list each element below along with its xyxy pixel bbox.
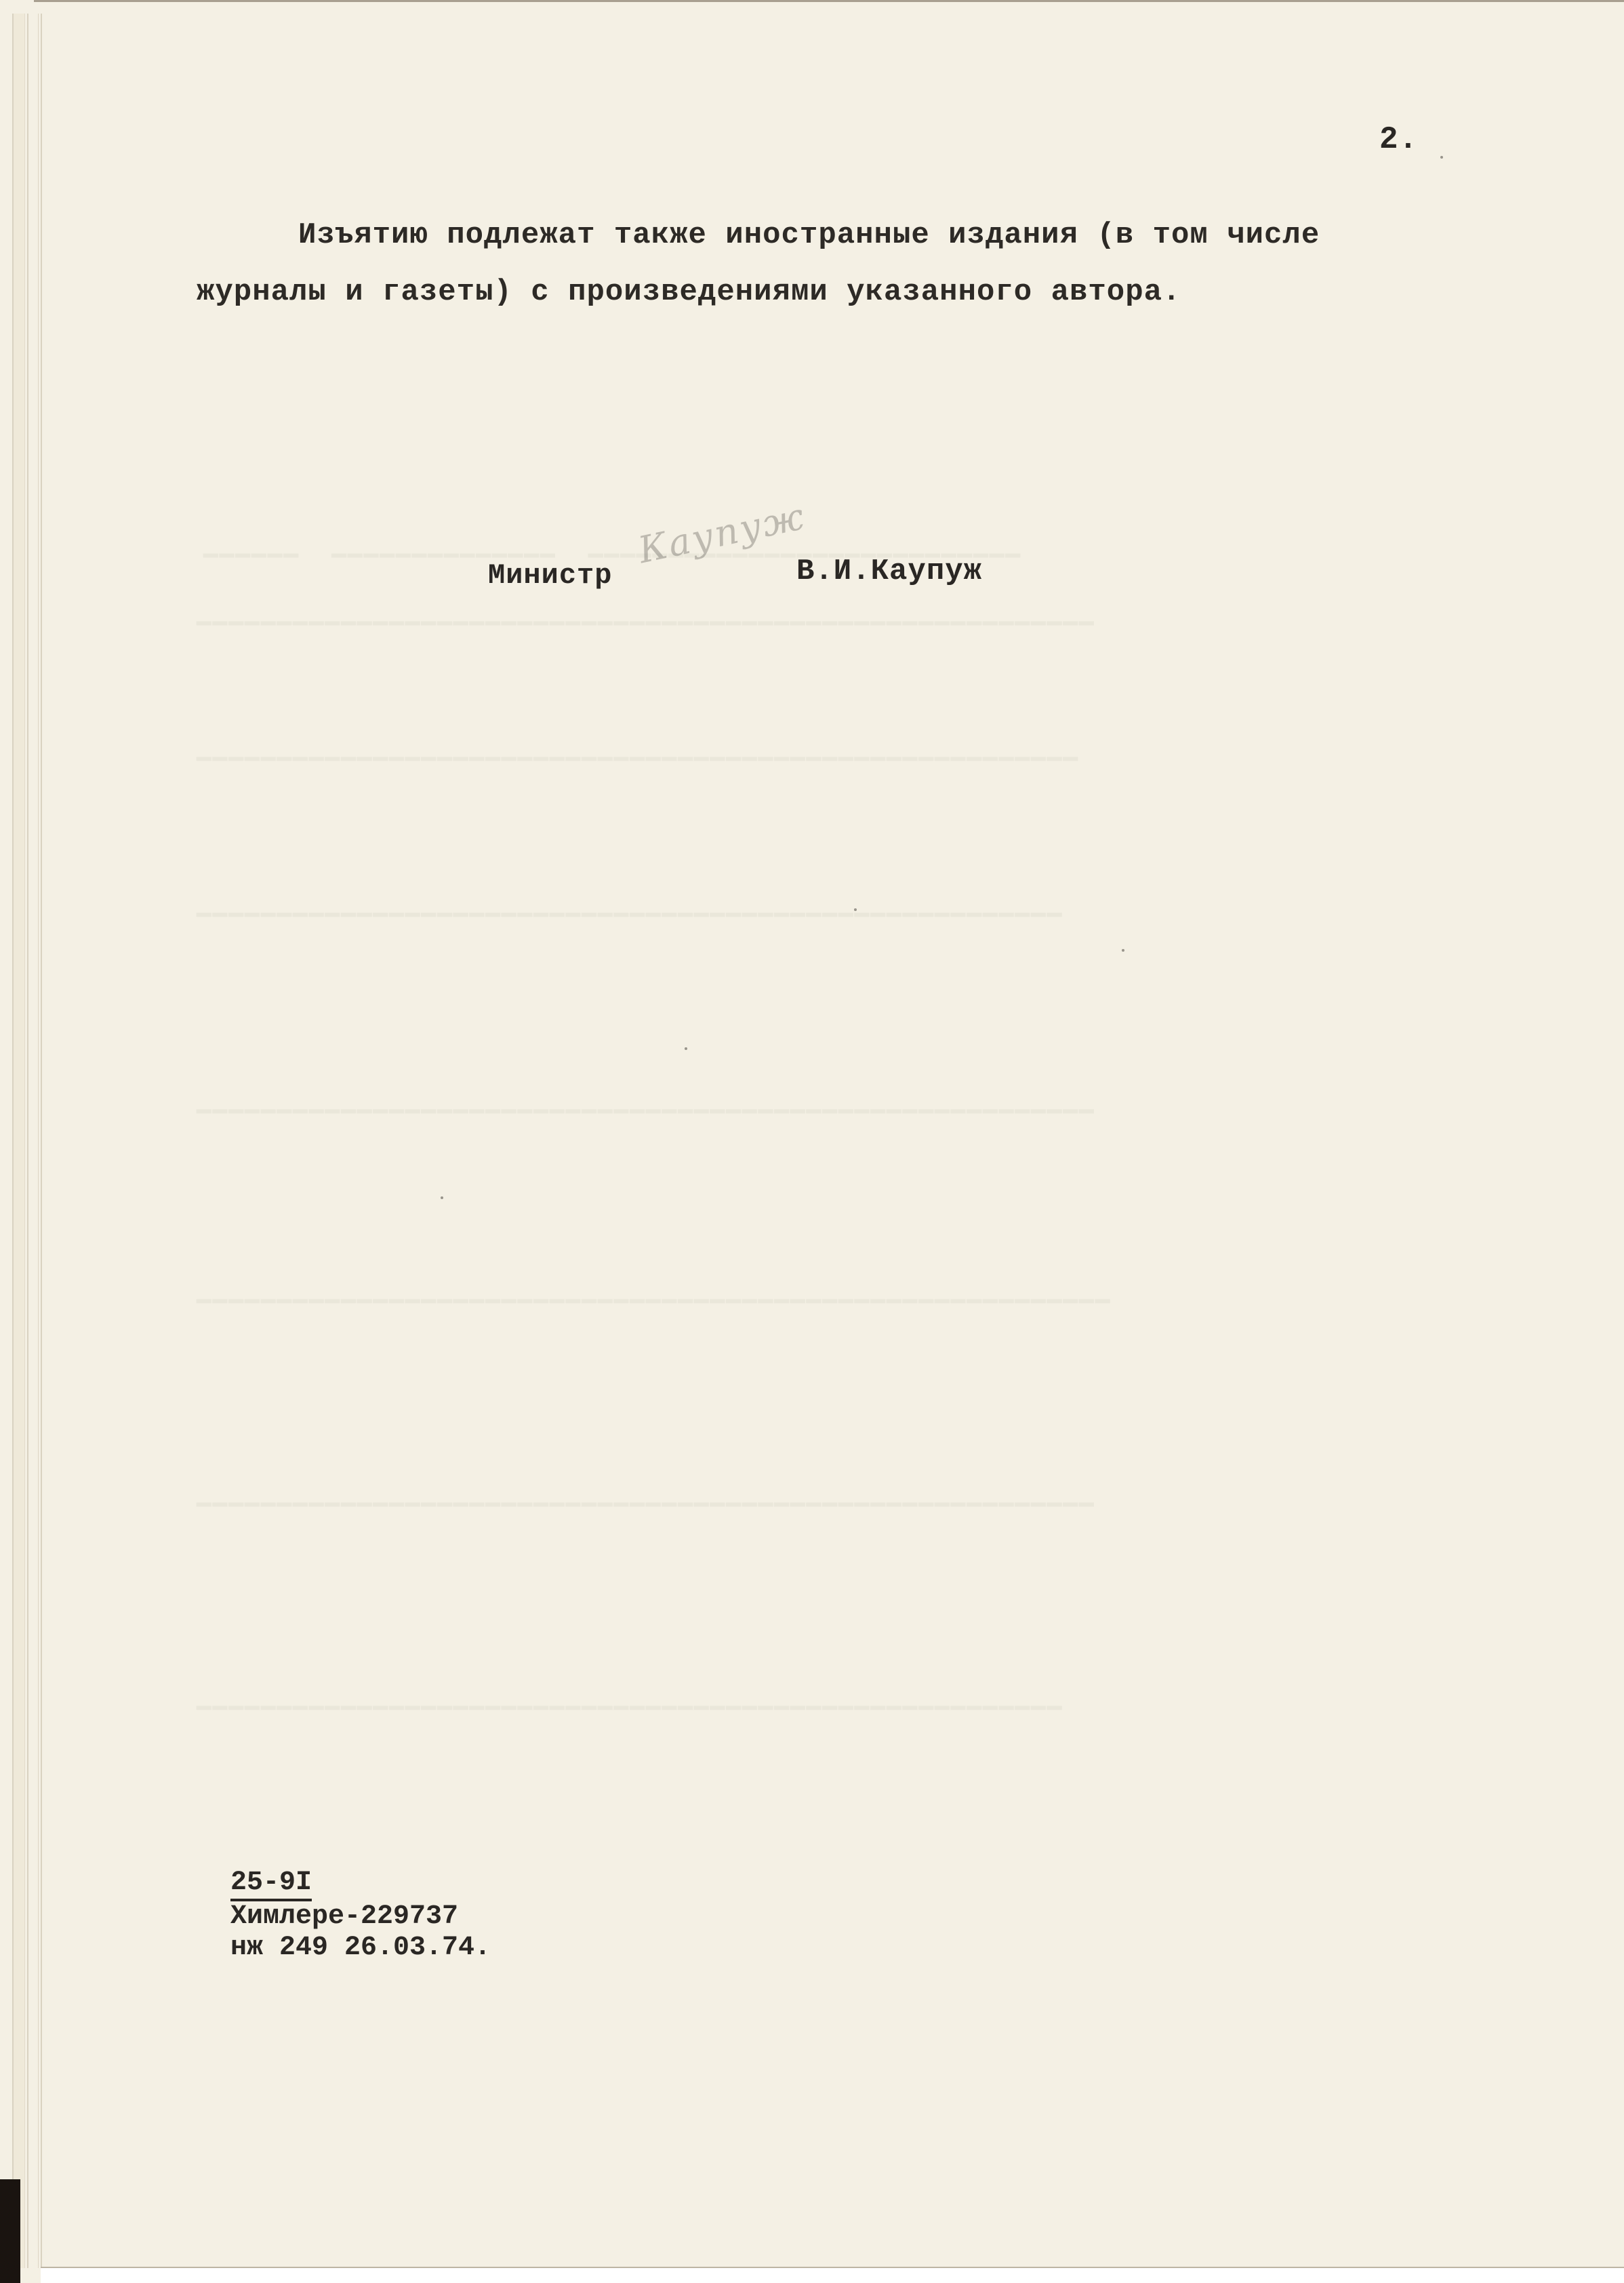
signatory-title: Министр bbox=[488, 559, 612, 592]
bleed-through-text: ━━━━━━━━━━━━━━━━━━━━━━━━━━━━━━━━━━━━━━━━… bbox=[197, 746, 1079, 775]
bleed-through-text: ━━━━━━━━━━━━━━━━━━━━━━━━━━━━━━━━━━━━━━━━… bbox=[197, 1098, 1095, 1127]
bleed-through-text: ━━━━━━━━━━━━━━━━━━━━━━━━━━━━━━━━━━━━━━━━… bbox=[197, 1288, 1111, 1317]
footer-typist-line: Химлере-229737 bbox=[230, 1901, 491, 1933]
scan-background bbox=[0, 2179, 20, 2283]
bleed-through-text: ━━━━━━━━━━━━━━━━━━━━━━━━━━━━━━━━━━━━━━━━… bbox=[197, 1491, 1095, 1520]
bleed-through-text: ━━━━━━━━━━━━━━━━━━━━━━━━━━━━━━━━━━━━━━━━… bbox=[197, 610, 1095, 639]
page-number: 2. bbox=[1379, 122, 1418, 157]
page-bottom-edge bbox=[41, 2267, 1624, 2283]
paper-speck bbox=[1440, 156, 1443, 159]
paper-speck bbox=[1122, 949, 1124, 952]
paper-speck bbox=[441, 1196, 443, 1199]
document-page: ━━━━━━ ━━━━━━━━━━━━━━ ━━━━━━━━━━━━━━━━━━… bbox=[0, 0, 1624, 2283]
page-stack-edge bbox=[12, 14, 25, 2268]
page-top-edge bbox=[34, 0, 1624, 2]
footer-date-line: нж 249 26.03.74. bbox=[230, 1933, 491, 1964]
paper-speck bbox=[854, 908, 857, 911]
bleed-through-text: ━━━━━━━━━━━━━━━━━━━━━━━━━━━━━━━━━━━━━━━━… bbox=[197, 1695, 1063, 1724]
reference-number: 25-9I bbox=[230, 1867, 312, 1901]
page-stack-edge bbox=[41, 14, 43, 2268]
body-paragraph: Изъятию подлежат также иностранные издан… bbox=[197, 207, 1437, 321]
body-line: Изъятию подлежат также иностранные издан… bbox=[197, 207, 1437, 264]
document-footer: 25-9I Химлере-229737 нж 249 26.03.74. bbox=[230, 1867, 491, 1964]
body-line: журналы и газеты) с произведениями указа… bbox=[197, 264, 1437, 321]
page-stack-edge bbox=[27, 14, 39, 2268]
paper-speck bbox=[685, 1047, 687, 1050]
bleed-through-text: ━━━━━━━━━━━━━━━━━━━━━━━━━━━━━━━━━━━━━━━━… bbox=[197, 902, 1063, 931]
signatory-name: В.И.Каупуж bbox=[796, 554, 982, 588]
